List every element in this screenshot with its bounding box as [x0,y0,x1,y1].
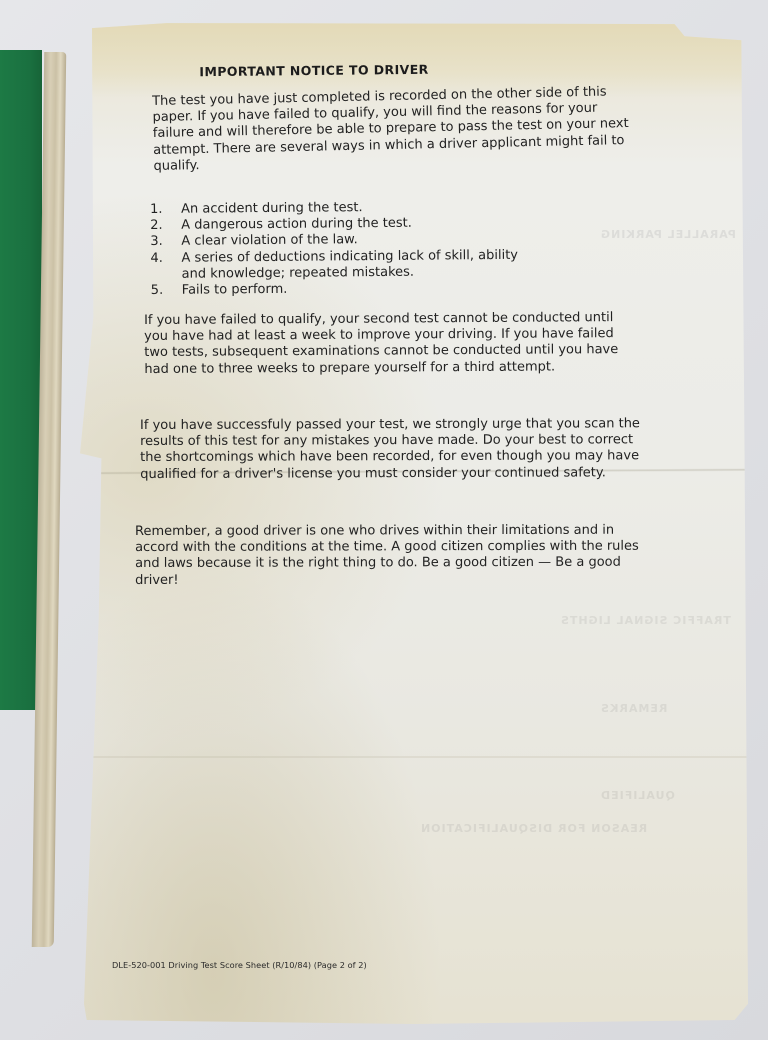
list-number: 3. [150,234,181,250]
intro-paragraph: The test you have just completed is reco… [152,84,634,175]
show-through-text: REMARKS [600,702,667,715]
list-number: 1. [150,202,181,218]
form-footer: DLE-520-001 Driving Test Score Sheet (R/… [112,960,367,970]
show-through-text: REASON FOR DISQUALIFICATION [420,822,647,835]
list-text: A series of deductions indicating lack o… [181,247,521,282]
show-through-text: QUALIFIED [600,789,675,802]
list-text: Fails to perform. [182,282,288,299]
list-item: 4.A series of deductions indicating lack… [150,246,630,283]
list-text: An accident during the test. [181,200,363,218]
green-booklet [0,50,62,950]
paper-yellowing [80,14,748,98]
paper-crease [80,756,748,758]
passed-paragraph: If you have successfuly passed your test… [140,416,640,483]
list-number: 4. [150,250,181,283]
list-number: 5. [151,283,182,299]
notice-title: IMPORTANT NOTICE TO DRIVER [174,62,454,80]
show-through-text: TRAFFIC SIGNAL LIGHTS [560,614,731,627]
list-text: A dangerous action during the test. [181,216,412,234]
closing-paragraph: Remember, a good driver is one who drive… [135,523,645,589]
list-number: 2. [150,218,181,234]
list-text: A clear violation of the law. [181,233,358,251]
failure-reasons-list: 1.An accident during the test. 2.A dange… [150,198,631,299]
retest-paragraph: If you have failed to qualify, your seco… [144,310,634,378]
